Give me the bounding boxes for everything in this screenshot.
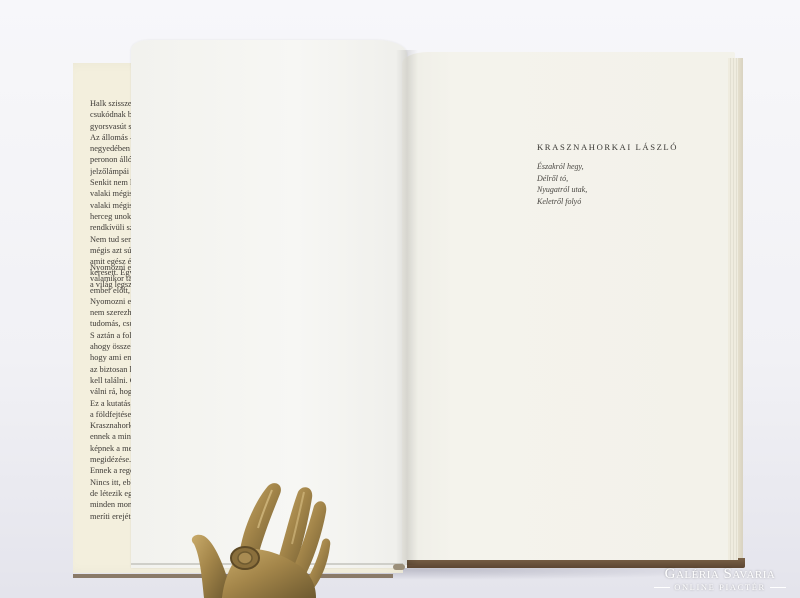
watermark-logo: Galéria Savaria ONLINE PIACTÉR (640, 566, 800, 592)
epigraph-line: Keletről folyó (537, 196, 587, 208)
page-stack-edge (728, 58, 738, 560)
watermark-rule-left (654, 587, 670, 588)
brass-hand-icon (182, 470, 372, 598)
epigraph: Északról hegy, Délről tó, Nyugatról utak… (537, 161, 587, 207)
author-name: Krasznahorkai László (537, 142, 678, 152)
epigraph-line: Északról hegy, (537, 161, 587, 173)
photo-scene: Halk szissze csukódnak b gyorsvasút s Az… (0, 0, 800, 598)
spine-headband (393, 564, 405, 570)
watermark-rule-right (770, 587, 786, 588)
epigraph-line: Nyugatról utak, (537, 184, 587, 196)
book-gutter (396, 50, 418, 565)
watermark-subtitle-row: ONLINE PIACTÉR (640, 582, 800, 592)
watermark-title: Galéria Savaria (640, 566, 800, 582)
epigraph-line: Délről tó, (537, 173, 587, 185)
watermark-subtitle: ONLINE PIACTÉR (674, 582, 766, 592)
right-page (402, 52, 735, 560)
